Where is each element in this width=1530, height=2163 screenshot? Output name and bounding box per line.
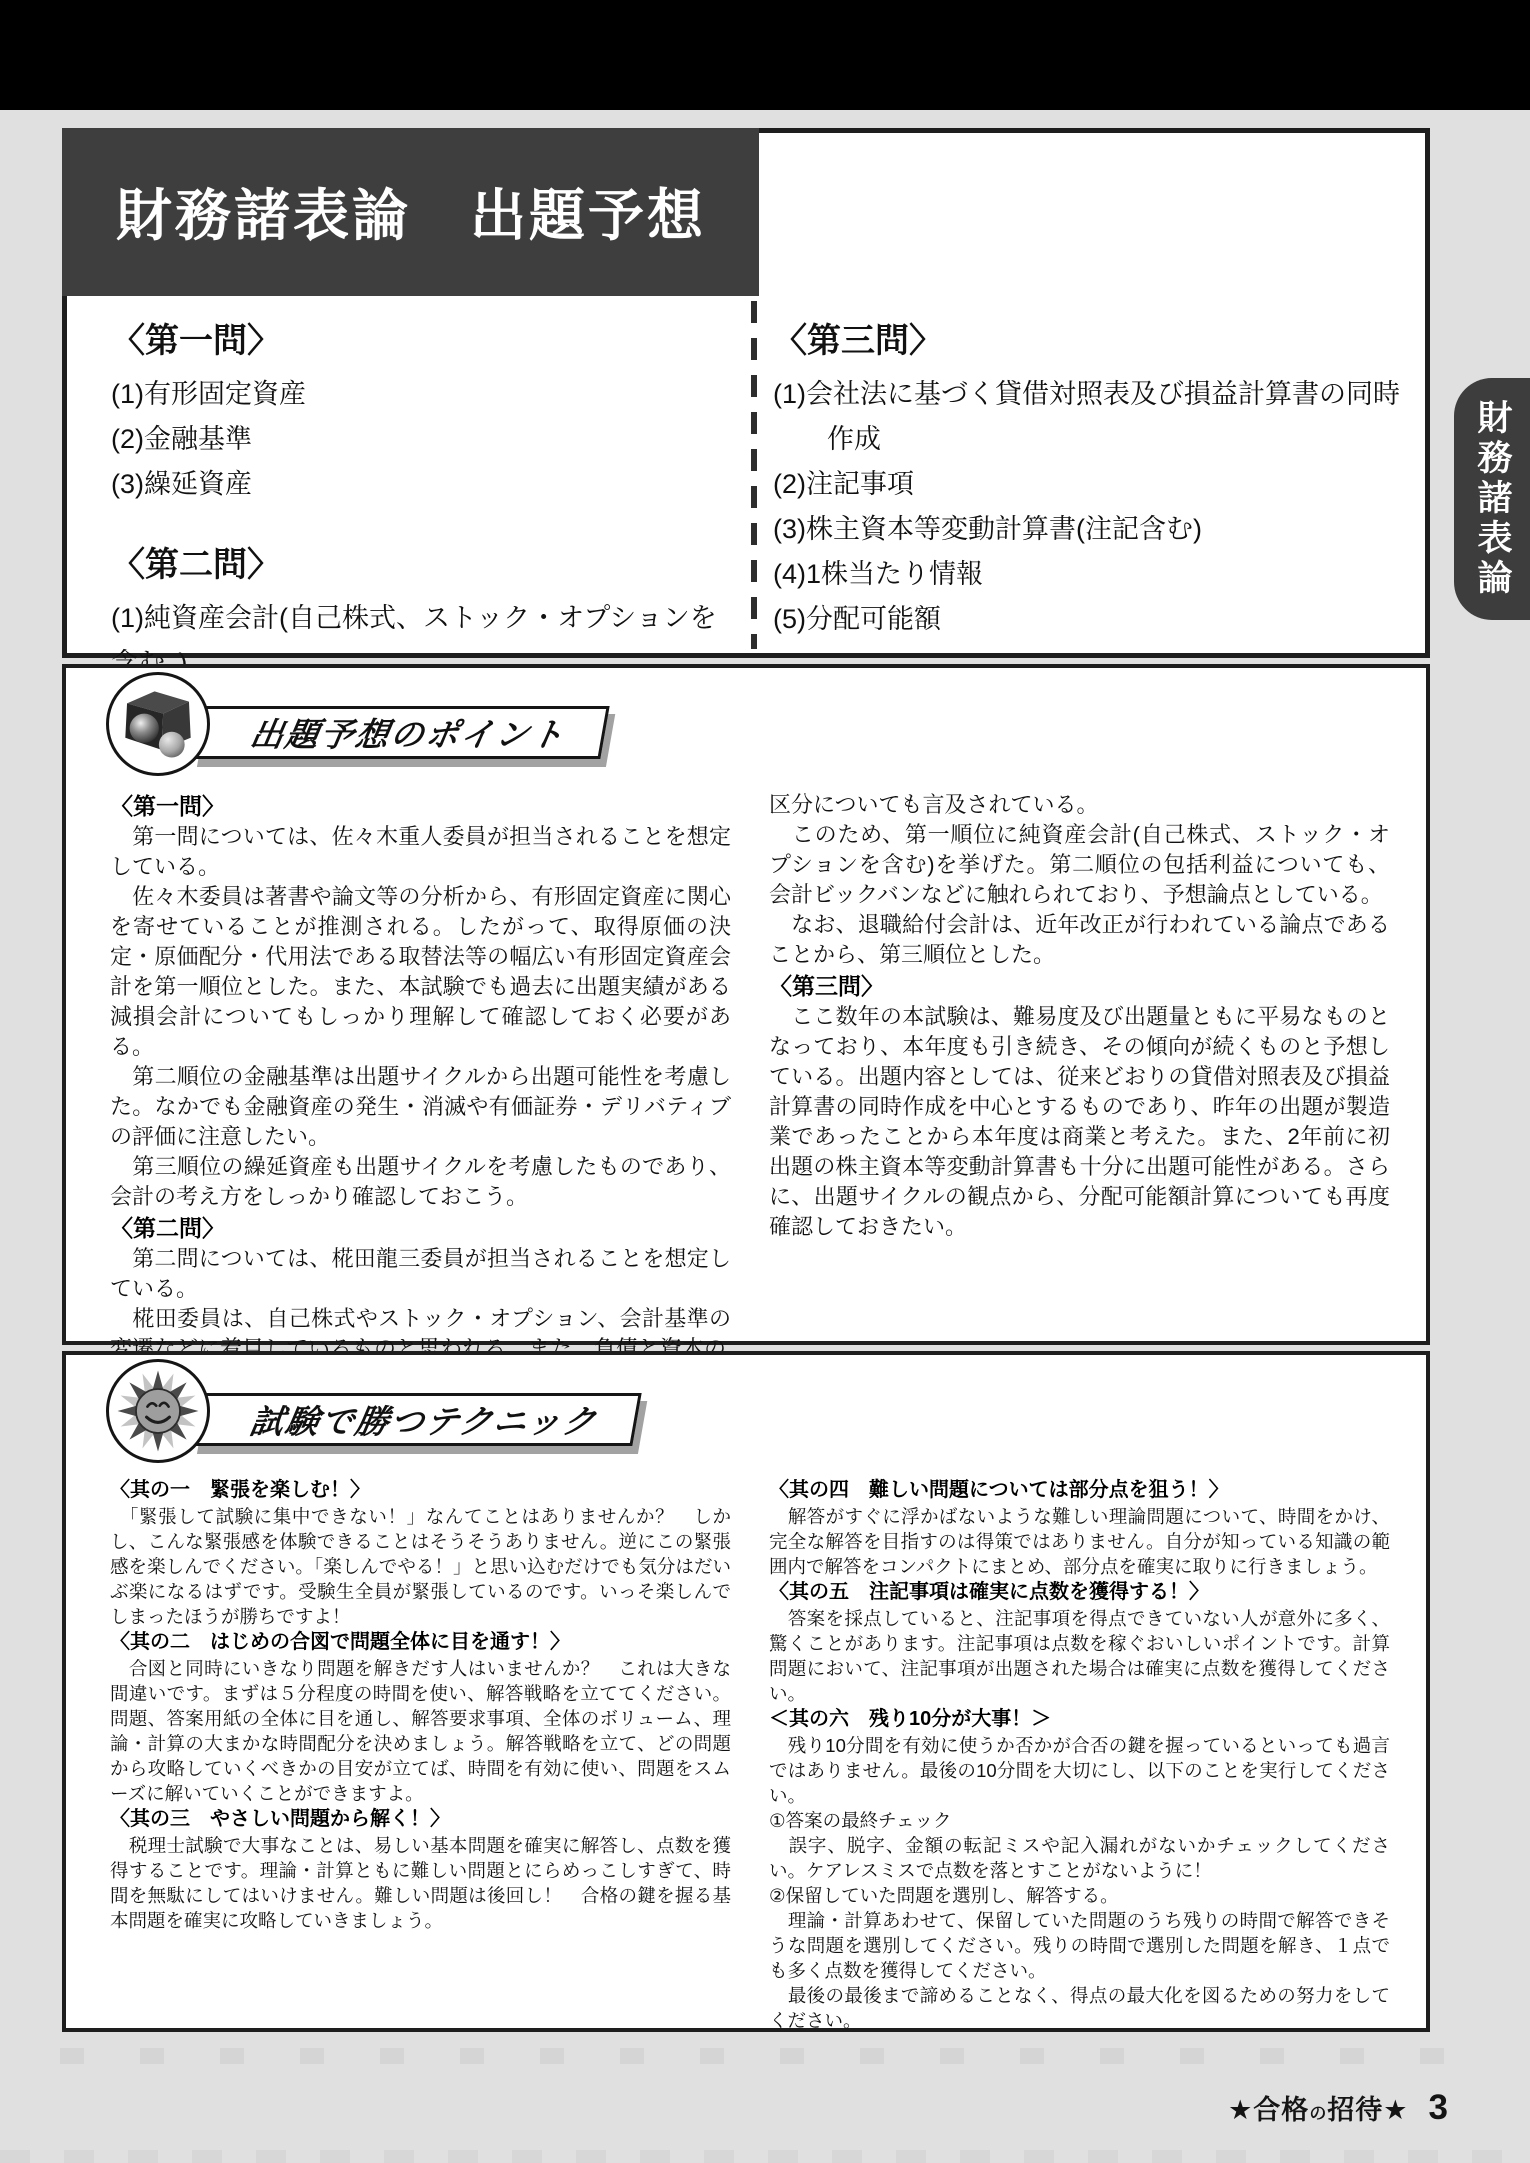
paragraph-heading: 〈第二問〉 [110,1212,731,1244]
print-artifact-dashes-top [60,2048,1470,2064]
technique-right-column: 〈其の四 難しい問題については部分点を狙う！〉 解答がすぐに浮かばないような難し… [769,1477,1390,2020]
footer-brand: ★合格の招待★ [1228,2088,1408,2127]
paragraph: 答案を採点していると、注記事項を得点できていない人が意外に多く、驚くことがありま… [769,1606,1390,1706]
question-2-heading: 〈第二問〉 [111,537,721,586]
paragraph: 第二問については、椛田龍三委員が担当されることを想定している。 [110,1244,731,1304]
paragraph: 理論・計算あわせて、保留していた問題のうち残りの時間で解答できそうな問題を選別し… [769,1908,1390,1983]
question-item: (3)株主資本等変動計算書(注記含む) [773,507,1403,552]
paragraph-heading: 〈第一問〉 [110,790,731,822]
paragraph-heading: 〈其の一 緊張を楽しむ！〉 [110,1477,731,1504]
technique-columns: 〈其の一 緊張を楽しむ！〉 「緊張して試験に集中できない！」なんてことはありませ… [110,1477,1390,2020]
paragraph: ①答案の最終チェック [769,1808,1390,1833]
technique-box: 試験で勝つテクニック 〈其の一 緊張を楽しむ！〉 「緊張して試験に集中できない！… [62,1351,1430,2032]
technique-left-column: 〈其の一 緊張を楽しむ！〉 「緊張して試験に集中できない！」なんてことはありませ… [110,1477,731,2020]
paragraph-heading: ＜其の六 残り10分が大事！＞ [769,1706,1390,1733]
points-columns: 〈第一問〉 第一問については、佐々木重人委員が担当されることを想定している。 佐… [110,790,1390,1333]
cube-and-ball-icon [106,672,210,776]
paragraph: ここ数年の本試験は、難易度及び出題量ともに平易なものとなっており、本年度も引き続… [769,1002,1390,1242]
page-number: 3 [1429,2088,1448,2128]
paragraph-heading: 〈其の五 注記事項は確実に点数を獲得する！〉 [769,1579,1390,1606]
points-left-column: 〈第一問〉 第一問については、佐々木重人委員が担当されることを想定している。 佐… [110,790,731,1333]
technique-section-header: 試験で勝つテクニック [106,1355,706,1475]
page-title: 財務諸表論 出題予想 [116,172,706,252]
top-black-band [0,0,1530,110]
paragraph: 合図と同時にいきなり問題を解きだす人はいませんか？ これは大きな間違いです。まず… [110,1656,731,1806]
cube-and-ball-icon-art [115,681,201,767]
paragraph-heading: 〈其の二 はじめの合図で問題全体に目を通す！〉 [110,1629,731,1656]
points-banner: 出題予想のポイント [191,706,609,759]
points-section-header: 出題予想のポイント [106,668,706,788]
question-item: (2)金融基準 [111,417,721,462]
paragraph: 第二順位の金融基準は出題サイクルから出題可能性を考慮した。なかでも金融資産の発生… [110,1062,731,1152]
points-right-column: 区分についても言及されている。 このため、第一順位に純資産会計(自己株式、ストッ… [769,790,1390,1333]
paragraph: ②保留していた問題を選別し、解答する。 [769,1883,1390,1908]
paragraph: 佐々木委員は著書や論文等の分析から、有形固定資産に関心を寄せていることが推測され… [110,882,731,1062]
technique-banner: 試験で勝つテクニック [191,1393,641,1446]
forecast-points-box: 出題予想のポイント 〈第一問〉 第一問については、佐々木重人委員が担当されること… [62,664,1430,1345]
print-artifact-dashes-bottom [0,2150,1530,2163]
question-3-heading: 〈第三問〉 [773,313,1403,362]
paragraph: 解答がすぐに浮かばないような難しい理論問題について、時間をかけ、完全な解答を目指… [769,1504,1390,1579]
question-1-items: (1)有形固定資産(2)金融基準(3)繰延資産 [111,372,721,507]
paragraph-heading: 〈其の四 難しい問題については部分点を狙う！〉 [769,1477,1390,1504]
question-item: (4)1株当たり情報 [773,552,1403,597]
question-item: (1)会社法に基づく貸借対照表及び損益計算書の同時 作成 [773,372,1403,462]
paragraph: 区分についても言及されている。 [769,790,1390,820]
paragraph: 第三順位の繰延資産も出題サイクルを考慮したものであり、会計の考え方をしっかり確認… [110,1152,731,1212]
paragraph: 最後の最後まで諦めることなく、得点の最大化を図るための努力をしてください。 [769,1983,1390,2033]
questions-box: 財務諸表論 出題予想 〈第一問〉 (1)有形固定資産(2)金融基準(3)繰延資産… [62,128,1430,658]
smiling-sun-icon-art [114,1367,202,1455]
question-group-3: 〈第三問〉 (1)会社法に基づく貸借対照表及び損益計算書の同時 作成(2)注記事… [773,313,1403,642]
question-item: (3)繰延資産 [111,462,721,507]
page-title-block: 財務諸表論 出題予想 [62,128,759,296]
paragraph: 「緊張して試験に集中できない！」なんてことはありませんか？ しかし、こんな緊張感… [110,1504,731,1629]
paragraph-heading: 〈第三問〉 [769,970,1390,1002]
paragraph: このため、第一順位に純資産会計(自己株式、ストック・オプションを含む)を挙げた。… [769,820,1390,910]
paragraph-heading: 〈其の三 やさしい問題から解く！〉 [110,1806,731,1833]
paragraph: 第一問については、佐々木重人委員が担当されることを想定している。 [110,822,731,882]
dashed-divider [751,301,757,649]
paragraph: 税理士試験で大事なことは、易しい基本問題を確実に解答し、点数を獲得することです。… [110,1833,731,1933]
side-tab-label: 財務諸表論 [1467,399,1517,599]
question-item: (5)分配可能額 [773,597,1403,642]
question-1-heading: 〈第一問〉 [111,313,721,362]
magazine-page: 財務諸表論 財務諸表論 出題予想 〈第一問〉 (1)有形固定資産(2)金融基準(… [0,0,1530,2163]
question-item: (1)有形固定資産 [111,372,721,417]
paragraph: 残り10分間を有効に使うか否かが合否の鍵を握っているといっても過言ではありません… [769,1733,1390,1808]
side-tab-zaimushohyoron[interactable]: 財務諸表論 [1454,378,1530,620]
footer-brand-small-no: の [1309,2104,1327,2123]
question-item: (2)注記事項 [773,462,1403,507]
points-banner-label: 出題予想のポイント [247,709,570,756]
technique-banner-label: 試験で勝つテクニック [247,1396,602,1443]
smiling-sun-icon [106,1359,210,1463]
page-footer: ★合格の招待★ 3 [1228,2088,1448,2128]
questions-right-column: 〈第三問〉 (1)会社法に基づく貸借対照表及び損益計算書の同時 作成(2)注記事… [773,313,1403,642]
paragraph: なお、退職給付会計は、近年改正が行われている論点であることから、第三順位とした。 [769,910,1390,970]
question-group-1: 〈第一問〉 (1)有形固定資産(2)金融基準(3)繰延資産 [111,313,721,507]
question-3-items: (1)会社法に基づく貸借対照表及び損益計算書の同時 作成(2)注記事項(3)株主… [773,372,1403,642]
paragraph: 誤字、脱字、金額の転記ミスや記入漏れがないかチェックしてください。ケアレスミスで… [769,1833,1390,1883]
